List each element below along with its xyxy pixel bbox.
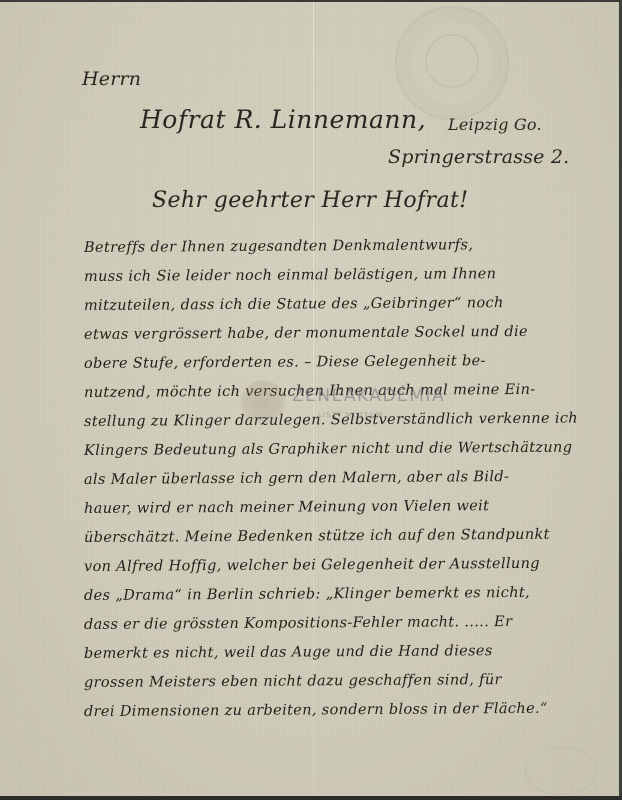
addressee-name: Hofrat R. Linnemann, [140,105,426,134]
body-line: als Maler überlasse ich gern den Malern,… [84,463,584,495]
body-line: des „Drama“ in Berlin schrieb: „Klinger … [84,579,584,611]
body-line: grossen Meisters eben nicht dazu geschaf… [84,666,584,698]
body-line: mitzuteilen, dass ich die Statue des „Ge… [84,289,584,321]
body-line: obere Stufe, erforderten es. – Diese Gel… [84,347,584,379]
stamp-mark-bottom [525,747,597,795]
recipient-prefix: Herrn [82,68,141,90]
letter-greeting: Sehr geehrter Herr Hofrat! [152,188,468,213]
body-line: muss ich Sie leider noch einmal belästig… [84,260,584,292]
body-line: stellung zu Klinger darzulegen. Selbstve… [84,405,584,437]
body-line: von Alfred Hoffig, welcher bei Gelegenhe… [84,550,584,582]
address-city: Leipzig Go. [448,115,542,134]
body-line: dass er die grössten Kompositions-Fehler… [84,608,584,640]
letter-page: Herrn Hofrat R. Linnemann, Leipzig Go. S… [0,0,622,796]
body-line: überschätzt. Meine Bedenken stütze ich a… [84,521,584,553]
stamp-inner-ring [425,34,479,88]
body-line: drei Dimensionen zu arbeiten, sondern bl… [84,695,584,727]
body-line: hauer, wird er nach meiner Meinung von V… [84,492,584,524]
body-line: etwas vergrössert habe, der monumentale … [84,318,584,350]
body-line: nutzend, möchte ich versuchen Ihnen auch… [84,376,584,408]
letter-body: Betreffs der Ihnen zugesandten Denkmalen… [84,234,584,727]
body-line: bemerkt es nicht, weil das Auge und die … [84,637,584,669]
body-line: Betreffs der Ihnen zugesandten Denkmalen… [84,231,584,263]
scan-bottom-edge [0,796,622,800]
body-line: Klingers Bedeutung als Graphiker nicht u… [84,434,584,466]
stamp-mark-top [395,6,509,120]
address-street: Springerstrasse 2. [388,146,569,168]
